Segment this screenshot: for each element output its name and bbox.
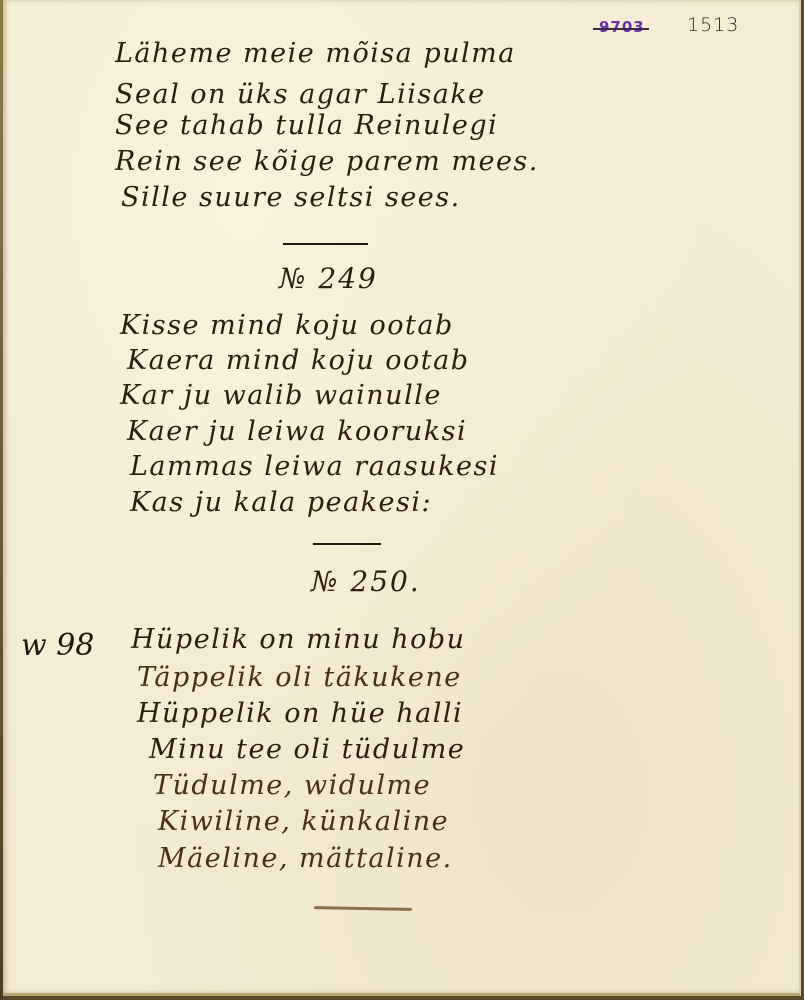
section-divider — [313, 543, 381, 545]
verse-line: Kisse mind koju ootab — [120, 310, 454, 341]
verse-line: Kar ju walib wainulle — [120, 380, 442, 411]
verse-line: Hüpelik on minu hobu — [131, 624, 466, 655]
verse-line: Läheme meie mõisa pulma — [115, 38, 516, 69]
verse-line: Kaer ju leiwa kooruksi — [127, 416, 467, 447]
song-number-heading: № 249 — [279, 262, 378, 295]
verse-line: See tahab tulla Reinulegi — [115, 110, 498, 141]
verse-line: Hüppelik on hüe halli — [137, 698, 463, 729]
section-divider — [314, 906, 412, 911]
verse-line: Sille suure seltsi sees. — [121, 182, 461, 213]
verse-line: Tüdulme, widulme — [153, 770, 431, 801]
archive-stamp: 9703 — [599, 18, 645, 36]
song-number-heading: № 250. — [311, 565, 421, 598]
section-divider — [283, 243, 368, 245]
verse-line: Kaera mind koju ootab — [127, 345, 470, 376]
margin-reference-note: w 98 — [21, 628, 94, 663]
verse-line: Kas ju kala peakesi: — [130, 487, 432, 518]
verse-line: Täppelik oli täkukene — [137, 662, 462, 693]
verse-line: Minu tee oli tüdulme — [149, 734, 465, 765]
verse-line: Lammas leiwa raasukesi — [130, 451, 499, 482]
verse-line: Mäeline, mättaline. — [158, 843, 453, 874]
verse-line: Rein see kõige parem mees. — [115, 146, 539, 177]
archive-page-number: 1513 — [687, 14, 739, 36]
verse-line: Seal on üks agar Liisake — [115, 79, 486, 110]
manuscript-page: 9703 1513 Läheme meie mõisa pulma Seal o… — [3, 0, 801, 996]
verse-line: Kiwiline, künkaline — [158, 806, 449, 837]
